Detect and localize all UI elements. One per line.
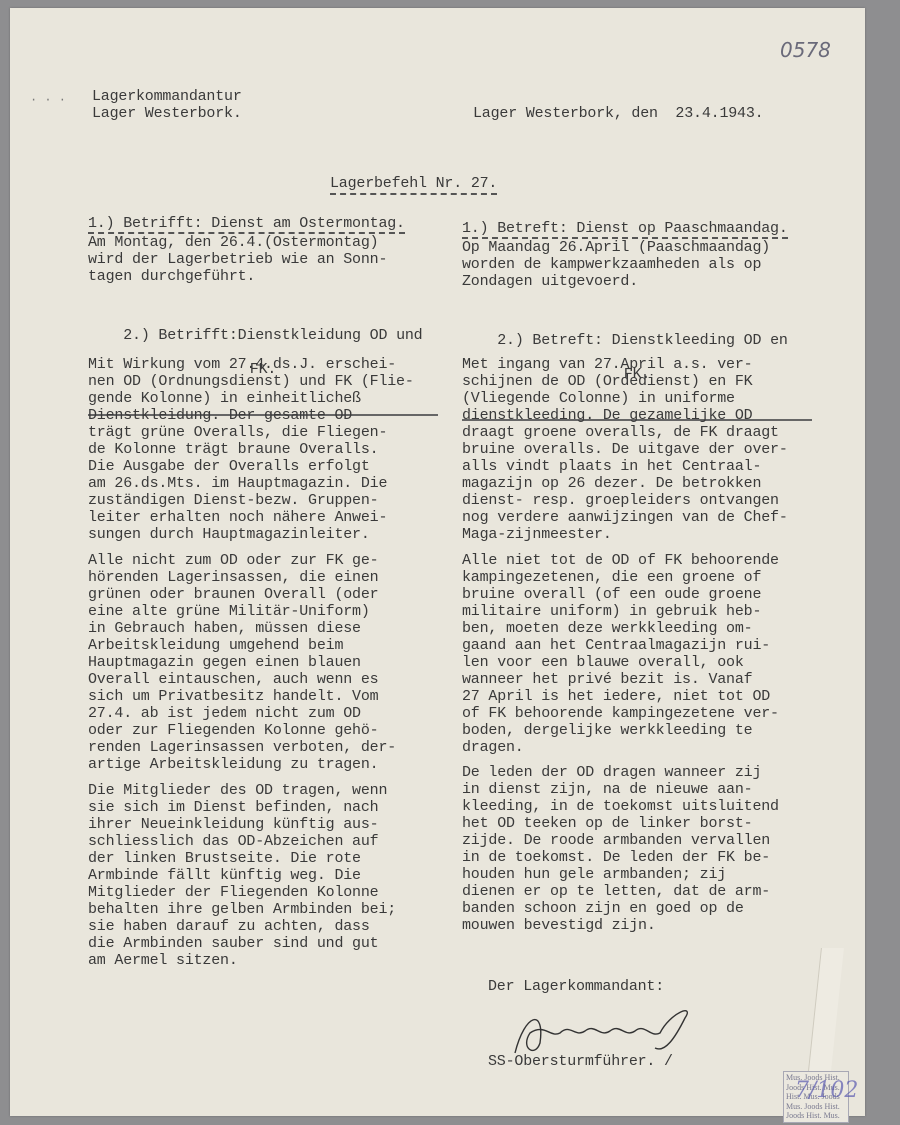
- signatory-rank: SS-Obersturmführer. /: [488, 1053, 673, 1070]
- sender-line-1: Lagerkommandantur: [92, 88, 242, 105]
- sender-block: Lagerkommandantur Lager Westerbork.: [92, 88, 242, 122]
- place-date: Lager Westerbork, den 23.4.1943.: [473, 105, 763, 122]
- document-title: Lagerbefehl Nr. 27.: [330, 175, 497, 195]
- margin-marks: · · ·: [30, 93, 66, 107]
- sender-line-2: Lager Westerbork.: [92, 105, 242, 122]
- german-section-2-para-3: Die Mitglieder des OD tragen, wenn sie s…: [88, 782, 396, 969]
- dutch-section-2-para-3: De leden der OD dragen wanneer zij in di…: [462, 764, 779, 934]
- document-page: 0578 · · · Lagerkommandantur Lager Weste…: [10, 8, 865, 1116]
- german-section-2-para-2: Alle nicht zum OD oder zur FK ge- hörend…: [88, 552, 396, 773]
- german-section-2-para-1: Mit Wirkung vom 27.4.ds.J. erschei- nen …: [88, 356, 414, 543]
- stamp-line: Joods Hist. Mus.: [786, 1111, 846, 1121]
- signature-title: Der Lagerkommandant:: [488, 978, 664, 995]
- dutch-section-1-body: Op Maandag 26.April (Paaschmaandag) word…: [462, 239, 770, 290]
- dutch-section-2-heading-text: 2.) Betreft: Dienstkleeding OD en: [497, 332, 787, 349]
- german-section-2-heading-text: 2.) Betrifft:Dienstkleidung OD und: [123, 327, 422, 344]
- archive-number: 0578: [780, 38, 831, 62]
- german-section-1-body: Am Montag, den 26.4.(Ostermontag) wird d…: [88, 234, 387, 285]
- german-section-1-heading: 1.) Betrifft: Dienst am Ostermontag.: [88, 215, 405, 234]
- dutch-section-2-para-2: Alle niet tot de OD of FK behoorende kam…: [462, 552, 779, 756]
- dutch-section-1-heading: 1.) Betreft: Dienst op Paaschmaandag.: [462, 220, 788, 239]
- dutch-section-2-para-1: Met ingang van 27.April a.s. ver- schijn…: [462, 356, 788, 543]
- stamp-handwritten-mark: 7/102: [795, 1078, 858, 1103]
